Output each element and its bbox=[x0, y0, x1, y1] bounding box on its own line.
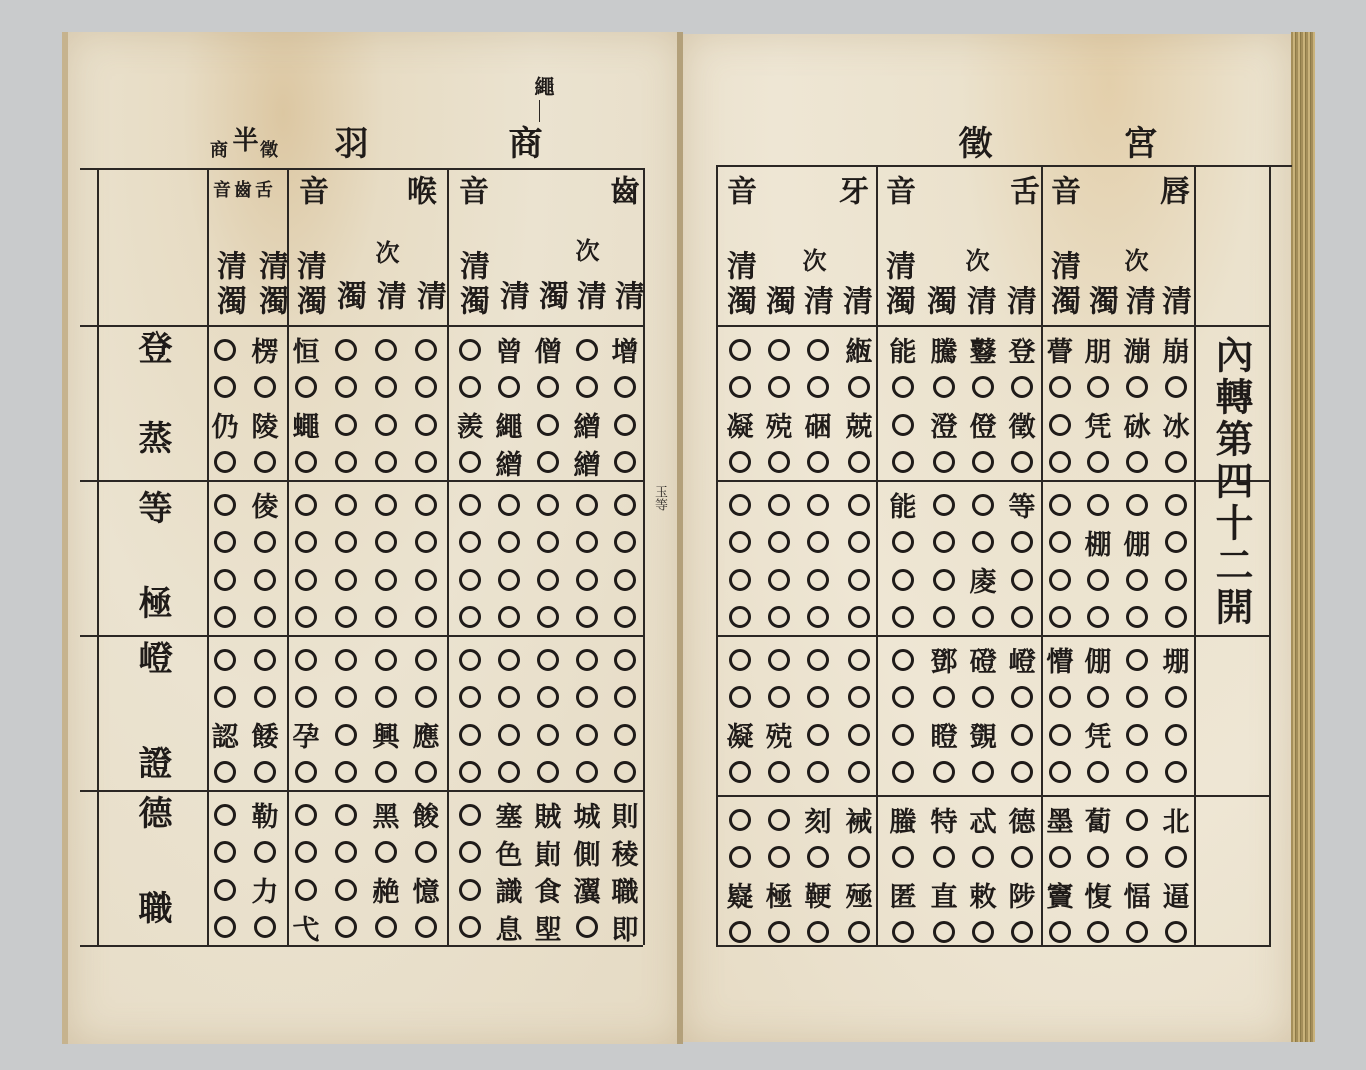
col-header-ya-yin: 音 bbox=[723, 175, 753, 205]
empty-circle-icon bbox=[800, 371, 836, 405]
circle-icon bbox=[972, 761, 994, 783]
left-char-cell: 蠅 bbox=[288, 408, 324, 442]
circle-icon bbox=[459, 606, 481, 628]
empty-circle-icon bbox=[1158, 601, 1194, 635]
empty-circle-icon bbox=[491, 563, 527, 597]
circle-icon bbox=[614, 451, 636, 473]
circle-icon bbox=[1087, 451, 1109, 473]
right-char-cell: 能 bbox=[885, 333, 921, 367]
empty-circle-icon bbox=[328, 756, 364, 790]
empty-circle-icon bbox=[288, 756, 324, 790]
circle-icon bbox=[1126, 724, 1148, 746]
empty-circle-icon bbox=[761, 916, 797, 950]
circle-icon bbox=[459, 686, 481, 708]
left-char-cell: 則 bbox=[607, 798, 643, 832]
empty-circle-icon bbox=[926, 841, 962, 875]
empty-circle-icon bbox=[408, 756, 444, 790]
empty-circle-icon bbox=[607, 643, 643, 677]
empty-circle-icon bbox=[207, 643, 243, 677]
row-rule-2 bbox=[80, 635, 643, 637]
empty-circle-icon bbox=[607, 408, 643, 442]
empty-circle-icon bbox=[841, 756, 877, 790]
empty-circle-icon bbox=[1158, 756, 1194, 790]
left-char-cell: 職 bbox=[607, 873, 643, 907]
circle-icon bbox=[1049, 846, 1071, 868]
circle-icon bbox=[576, 569, 598, 591]
empty-circle-icon bbox=[1119, 563, 1155, 597]
circle-icon bbox=[214, 569, 236, 591]
empty-circle-icon bbox=[1042, 841, 1078, 875]
right-char-cell: 硱 bbox=[800, 408, 836, 442]
right-char-cell: 緪 bbox=[841, 333, 877, 367]
empty-circle-icon bbox=[207, 446, 243, 480]
right-char-cell: 凭 bbox=[1080, 718, 1116, 752]
subhead-she-qingzhuo: 清 bbox=[882, 250, 912, 280]
circle-icon bbox=[254, 916, 276, 938]
circle-icon bbox=[415, 761, 437, 783]
subhead-chi-qingzhuo2: 濁 bbox=[456, 285, 486, 315]
col-header-banshe-chi: 齒 bbox=[232, 180, 250, 198]
right-table-top-rule bbox=[716, 165, 1292, 167]
hou-col-right-rule bbox=[447, 168, 449, 945]
empty-circle-icon bbox=[207, 371, 243, 405]
empty-circle-icon bbox=[722, 371, 758, 405]
circle-icon bbox=[498, 569, 520, 591]
right-char-cell: 殑 bbox=[761, 408, 797, 442]
empty-circle-icon bbox=[965, 841, 1001, 875]
circle-icon bbox=[375, 916, 397, 938]
left-char-cell: 羨 bbox=[452, 408, 488, 442]
circle-icon bbox=[335, 916, 357, 938]
empty-circle-icon bbox=[368, 526, 404, 560]
empty-circle-icon bbox=[1042, 563, 1078, 597]
empty-circle-icon bbox=[1080, 681, 1116, 715]
circle-icon bbox=[807, 494, 829, 516]
empty-circle-icon bbox=[926, 526, 962, 560]
circle-icon bbox=[768, 451, 790, 473]
left-char-cell: 倰 bbox=[247, 488, 283, 522]
circle-icon bbox=[807, 846, 829, 868]
circle-icon bbox=[1126, 809, 1148, 831]
circle-icon bbox=[1087, 761, 1109, 783]
empty-circle-icon bbox=[761, 681, 797, 715]
empty-circle-icon bbox=[408, 488, 444, 522]
empty-circle-icon bbox=[1080, 916, 1116, 950]
circle-icon bbox=[295, 761, 317, 783]
left-char-cell: 繒 bbox=[569, 446, 605, 480]
circle-icon bbox=[1087, 494, 1109, 516]
empty-circle-icon bbox=[722, 681, 758, 715]
empty-circle-icon bbox=[1080, 841, 1116, 875]
empty-circle-icon bbox=[722, 333, 758, 367]
circle-icon bbox=[576, 376, 598, 398]
circle-icon bbox=[498, 724, 520, 746]
right-char-cell: 刻 bbox=[800, 803, 836, 837]
empty-circle-icon bbox=[965, 681, 1001, 715]
empty-circle-icon bbox=[800, 446, 836, 480]
circle-icon bbox=[1011, 451, 1033, 473]
circle-icon bbox=[614, 761, 636, 783]
left-char-cell: 塞 bbox=[491, 798, 527, 832]
empty-circle-icon bbox=[1004, 681, 1040, 715]
empty-circle-icon bbox=[368, 681, 404, 715]
circle-icon bbox=[807, 649, 829, 671]
empty-circle-icon bbox=[926, 916, 962, 950]
right-char-cell: 堋 bbox=[1158, 643, 1194, 677]
scale-label-banshang: 商 bbox=[208, 140, 226, 158]
circle-icon bbox=[729, 761, 751, 783]
empty-circle-icon bbox=[1042, 488, 1078, 522]
scale-label-zhi: 徵 bbox=[955, 125, 989, 159]
ya-col-left-rule bbox=[716, 165, 718, 945]
empty-circle-icon bbox=[530, 408, 566, 442]
empty-circle-icon bbox=[1042, 446, 1078, 480]
circle-icon bbox=[459, 451, 481, 473]
empty-circle-icon bbox=[328, 563, 364, 597]
right-char-cell: 愊 bbox=[1119, 878, 1155, 912]
left-char-cell: 城 bbox=[569, 798, 605, 832]
empty-circle-icon bbox=[452, 563, 488, 597]
empty-circle-icon bbox=[328, 798, 364, 832]
right-char-cell: 蔔 bbox=[1080, 803, 1116, 837]
empty-circle-icon bbox=[530, 446, 566, 480]
empty-circle-icon bbox=[1158, 371, 1194, 405]
circle-icon bbox=[614, 569, 636, 591]
circle-icon bbox=[254, 606, 276, 628]
empty-circle-icon bbox=[247, 836, 283, 870]
circle-icon bbox=[295, 686, 317, 708]
scale-label-banzhi: 徵 bbox=[258, 140, 276, 158]
circle-icon bbox=[768, 686, 790, 708]
circle-icon bbox=[1011, 846, 1033, 868]
empty-circle-icon bbox=[841, 841, 877, 875]
empty-circle-icon bbox=[800, 916, 836, 950]
left-char-cell: 賊 bbox=[530, 798, 566, 832]
circle-icon bbox=[933, 494, 955, 516]
col-header-she-yin: 音 bbox=[882, 175, 912, 205]
circle-icon bbox=[972, 531, 994, 553]
empty-circle-icon bbox=[885, 563, 921, 597]
rime-zhi: 職 bbox=[135, 890, 169, 924]
left-char-cell: 識 bbox=[491, 873, 527, 907]
empty-circle-icon bbox=[328, 601, 364, 635]
circle-icon bbox=[933, 376, 955, 398]
circle-icon bbox=[1087, 921, 1109, 943]
rime-zheng: 蒸 bbox=[135, 420, 169, 454]
right-char-cell: 直 bbox=[926, 878, 962, 912]
empty-circle-icon bbox=[1158, 488, 1194, 522]
left-char-cell: 弋 bbox=[288, 911, 324, 945]
empty-circle-icon bbox=[761, 841, 797, 875]
circle-icon bbox=[1126, 451, 1148, 473]
empty-circle-icon bbox=[841, 643, 877, 677]
right-char-cell: 能 bbox=[885, 488, 921, 522]
empty-circle-icon bbox=[885, 643, 921, 677]
circle-icon bbox=[459, 724, 481, 746]
empty-circle-icon bbox=[885, 526, 921, 560]
subhead-chi-qingzhuo: 清 bbox=[456, 250, 486, 280]
subhead-hou-qingzhuo: 清 bbox=[293, 250, 323, 280]
left-char-cell: 力 bbox=[247, 873, 283, 907]
empty-circle-icon bbox=[841, 563, 877, 597]
empty-circle-icon bbox=[207, 798, 243, 832]
empty-circle-icon bbox=[965, 601, 1001, 635]
col-header-chi: 齒 bbox=[606, 175, 636, 205]
circle-icon bbox=[537, 414, 559, 436]
left-char-cell: 楞 bbox=[247, 333, 283, 367]
circle-icon bbox=[1011, 376, 1033, 398]
right-row-rule-1 bbox=[716, 480, 1271, 482]
empty-circle-icon bbox=[452, 911, 488, 945]
right-row-rule-3 bbox=[716, 795, 1271, 797]
left-char-cell: 僧 bbox=[530, 333, 566, 367]
right-char-cell: 澄 bbox=[926, 408, 962, 442]
empty-circle-icon bbox=[607, 488, 643, 522]
empty-circle-icon bbox=[1042, 408, 1078, 442]
subhead-chun-ci: 次 bbox=[1122, 248, 1146, 272]
right-char-cell: 嶷 bbox=[722, 878, 758, 912]
circle-icon bbox=[1126, 649, 1148, 671]
empty-circle-icon bbox=[569, 601, 605, 635]
right-char-cell: 殛 bbox=[841, 878, 877, 912]
empty-circle-icon bbox=[965, 756, 1001, 790]
empty-circle-icon bbox=[1042, 718, 1078, 752]
empty-circle-icon bbox=[1080, 601, 1116, 635]
circle-icon bbox=[214, 649, 236, 671]
empty-circle-icon bbox=[800, 563, 836, 597]
subhead-banshe-zhuo: 濁 bbox=[213, 285, 243, 315]
empty-circle-icon bbox=[722, 916, 758, 950]
circle-icon bbox=[214, 841, 236, 863]
subhead-she-zhuo: 濁 bbox=[923, 285, 953, 315]
circle-icon bbox=[933, 531, 955, 553]
empty-circle-icon bbox=[1158, 446, 1194, 480]
circle-icon bbox=[537, 606, 559, 628]
right-char-cell: 瞢 bbox=[1042, 333, 1078, 367]
circle-icon bbox=[335, 761, 357, 783]
subhead-she-qingzhuo2: 濁 bbox=[882, 285, 912, 315]
circle-icon bbox=[972, 494, 994, 516]
circle-icon bbox=[729, 569, 751, 591]
circle-icon bbox=[375, 376, 397, 398]
left-char-cell: 餕 bbox=[408, 798, 444, 832]
empty-circle-icon bbox=[800, 718, 836, 752]
circle-icon bbox=[254, 451, 276, 473]
circle-icon bbox=[729, 451, 751, 473]
empty-circle-icon bbox=[452, 371, 488, 405]
circle-icon bbox=[335, 841, 357, 863]
circle-icon bbox=[972, 921, 994, 943]
empty-circle-icon bbox=[368, 446, 404, 480]
circle-icon bbox=[415, 686, 437, 708]
empty-circle-icon bbox=[491, 526, 527, 560]
circle-icon bbox=[807, 339, 829, 361]
empty-circle-icon bbox=[1158, 526, 1194, 560]
empty-circle-icon bbox=[1080, 563, 1116, 597]
empty-circle-icon bbox=[530, 371, 566, 405]
circle-icon bbox=[254, 569, 276, 591]
circle-icon bbox=[729, 649, 751, 671]
empty-circle-icon bbox=[247, 681, 283, 715]
right-char-cell: 忒 bbox=[965, 803, 1001, 837]
circle-icon bbox=[295, 606, 317, 628]
subhead-banchi-qing: 清 bbox=[255, 250, 285, 280]
circle-icon bbox=[807, 376, 829, 398]
empty-circle-icon bbox=[288, 371, 324, 405]
left-char-cell: 勒 bbox=[247, 798, 283, 832]
empty-circle-icon bbox=[207, 756, 243, 790]
empty-circle-icon bbox=[491, 601, 527, 635]
margin-note: 玉等 bbox=[650, 485, 669, 511]
empty-circle-icon bbox=[569, 718, 605, 752]
right-char-cell: 等 bbox=[1004, 488, 1040, 522]
circle-icon bbox=[295, 569, 317, 591]
circle-icon bbox=[1049, 531, 1071, 553]
circle-icon bbox=[214, 606, 236, 628]
empty-circle-icon bbox=[408, 836, 444, 870]
empty-circle-icon bbox=[607, 756, 643, 790]
circle-icon bbox=[415, 494, 437, 516]
empty-circle-icon bbox=[841, 371, 877, 405]
empty-circle-icon bbox=[452, 756, 488, 790]
empty-circle-icon bbox=[491, 756, 527, 790]
empty-circle-icon bbox=[530, 681, 566, 715]
circle-icon bbox=[214, 761, 236, 783]
empty-circle-icon bbox=[368, 563, 404, 597]
circle-icon bbox=[729, 606, 751, 628]
empty-circle-icon bbox=[207, 601, 243, 635]
circle-icon bbox=[459, 841, 481, 863]
empty-circle-icon bbox=[408, 601, 444, 635]
circle-icon bbox=[498, 606, 520, 628]
circle-icon bbox=[335, 339, 357, 361]
right-char-cell: 懵 bbox=[1042, 643, 1078, 677]
circle-icon bbox=[1126, 921, 1148, 943]
empty-circle-icon bbox=[491, 371, 527, 405]
empty-circle-icon bbox=[569, 563, 605, 597]
row-rule-3 bbox=[80, 790, 643, 792]
circle-icon bbox=[214, 376, 236, 398]
circle-icon bbox=[972, 606, 994, 628]
empty-circle-icon bbox=[247, 563, 283, 597]
circle-icon bbox=[537, 531, 559, 553]
empty-circle-icon bbox=[761, 446, 797, 480]
title-col-right-rule bbox=[1269, 165, 1271, 945]
empty-circle-icon bbox=[247, 643, 283, 677]
empty-circle-icon bbox=[800, 756, 836, 790]
circle-icon bbox=[768, 569, 790, 591]
empty-circle-icon bbox=[722, 488, 758, 522]
empty-circle-icon bbox=[926, 371, 962, 405]
circle-icon bbox=[807, 531, 829, 553]
circle-icon bbox=[537, 649, 559, 671]
right-char-cell: 朋 bbox=[1080, 333, 1116, 367]
circle-icon bbox=[768, 494, 790, 516]
circle-icon bbox=[415, 376, 437, 398]
empty-circle-icon bbox=[965, 371, 1001, 405]
circle-icon bbox=[1165, 494, 1187, 516]
rime-ji: 極 bbox=[135, 585, 169, 619]
circle-icon bbox=[1165, 761, 1187, 783]
rime-col-left-rule bbox=[97, 168, 99, 945]
circle-icon bbox=[335, 414, 357, 436]
circle-icon bbox=[768, 376, 790, 398]
empty-circle-icon bbox=[368, 408, 404, 442]
empty-circle-icon bbox=[800, 643, 836, 677]
right-char-cell: 冰 bbox=[1158, 408, 1194, 442]
empty-circle-icon bbox=[761, 333, 797, 367]
empty-circle-icon bbox=[1042, 526, 1078, 560]
empty-circle-icon bbox=[452, 333, 488, 367]
circle-icon bbox=[576, 724, 598, 746]
empty-circle-icon bbox=[926, 601, 962, 635]
empty-circle-icon bbox=[452, 446, 488, 480]
empty-circle-icon bbox=[408, 681, 444, 715]
circle-icon bbox=[892, 724, 914, 746]
empty-circle-icon bbox=[1080, 488, 1116, 522]
circle-icon bbox=[1011, 724, 1033, 746]
circle-icon bbox=[1087, 846, 1109, 868]
empty-circle-icon bbox=[288, 446, 324, 480]
subhead-banchi-zhuo: 濁 bbox=[255, 285, 285, 315]
circle-icon bbox=[614, 649, 636, 671]
empty-circle-icon bbox=[800, 841, 836, 875]
empty-circle-icon bbox=[288, 836, 324, 870]
circle-icon bbox=[892, 376, 914, 398]
circle-icon bbox=[335, 724, 357, 746]
left-char-cell: 陵 bbox=[247, 408, 283, 442]
empty-circle-icon bbox=[841, 718, 877, 752]
circle-icon bbox=[375, 451, 397, 473]
empty-circle-icon bbox=[800, 601, 836, 635]
circle-icon bbox=[768, 606, 790, 628]
row-rule-1 bbox=[80, 480, 643, 482]
circle-icon bbox=[1165, 376, 1187, 398]
circle-icon bbox=[295, 804, 317, 826]
circle-icon bbox=[807, 921, 829, 943]
circle-icon bbox=[614, 606, 636, 628]
circle-icon bbox=[933, 569, 955, 591]
circle-icon bbox=[1011, 531, 1033, 553]
left-char-cell: 食 bbox=[530, 873, 566, 907]
empty-circle-icon bbox=[722, 526, 758, 560]
left-char-cell: 息 bbox=[491, 911, 527, 945]
empty-circle-icon bbox=[452, 836, 488, 870]
empty-circle-icon bbox=[207, 488, 243, 522]
empty-circle-icon bbox=[926, 488, 962, 522]
circle-icon bbox=[848, 494, 870, 516]
empty-circle-icon bbox=[288, 563, 324, 597]
circle-icon bbox=[576, 686, 598, 708]
empty-circle-icon bbox=[885, 916, 921, 950]
circle-icon bbox=[1165, 451, 1187, 473]
empty-circle-icon bbox=[569, 488, 605, 522]
circle-icon bbox=[848, 451, 870, 473]
empty-circle-icon bbox=[885, 756, 921, 790]
empty-circle-icon bbox=[841, 488, 877, 522]
circle-icon bbox=[375, 841, 397, 863]
circle-icon bbox=[892, 846, 914, 868]
chun-col-right-rule bbox=[1194, 165, 1196, 945]
circle-icon bbox=[254, 649, 276, 671]
subhead-she-ciqing: 清 bbox=[963, 285, 993, 315]
circle-icon bbox=[807, 686, 829, 708]
subhead-hou-ci: 次 bbox=[373, 240, 397, 264]
page-edges bbox=[1291, 32, 1315, 1042]
left-char-cell: 曾 bbox=[491, 333, 527, 367]
circle-icon bbox=[1087, 376, 1109, 398]
circle-icon bbox=[214, 804, 236, 826]
